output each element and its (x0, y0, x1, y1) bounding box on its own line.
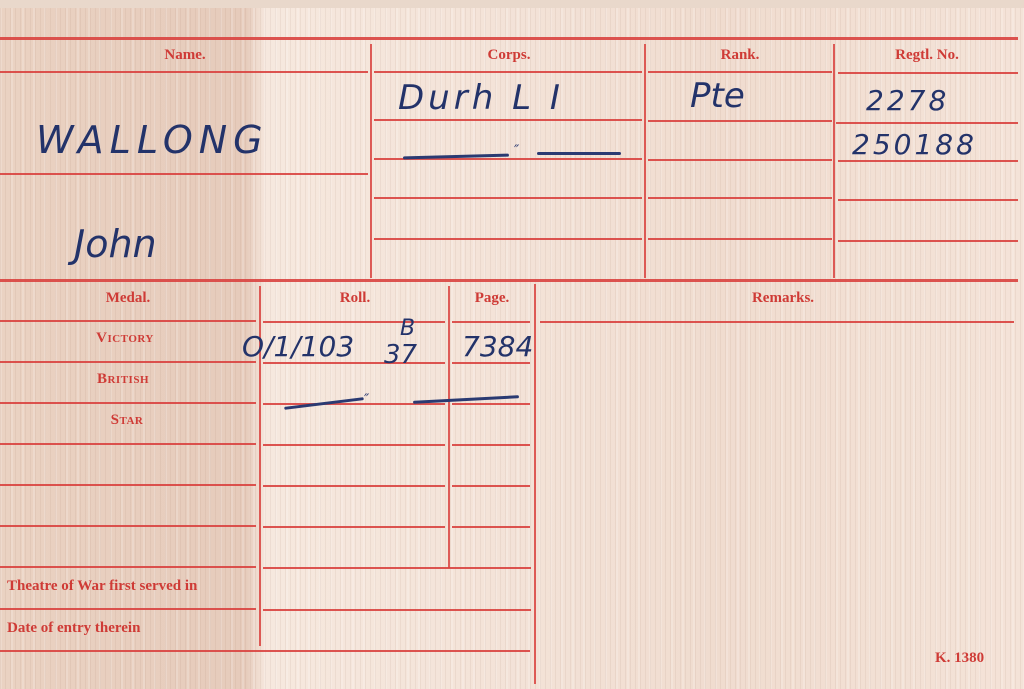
medal-row-line-4 (0, 484, 256, 486)
corps-ditto-dash-right (537, 152, 621, 155)
page-row-line-2 (452, 403, 530, 405)
page-row-line-5 (452, 526, 530, 528)
medal-british-label: British (97, 371, 149, 388)
corps-row-line-1 (374, 119, 642, 121)
medal-row-line-3 (0, 443, 256, 445)
date-of-entry-label: Date of entry therein (7, 620, 140, 637)
section-divider-line (0, 279, 1018, 282)
rank-row-line-4 (648, 238, 832, 240)
regtl-row-line-1 (836, 122, 1018, 124)
theatre-row-line (0, 608, 256, 610)
roll-header: Roll. (340, 290, 370, 307)
medal-row-line-2 (0, 402, 256, 404)
regtl-header-line (838, 72, 1018, 74)
name-row-line (0, 173, 368, 175)
roll-entry: O/1/103 (242, 330, 354, 363)
medal-header-line (0, 320, 256, 322)
roll-entry-subscript: 37 (384, 340, 417, 370)
page-header: Page. (475, 290, 510, 307)
roll-entry-superscript: B (400, 316, 415, 341)
roll-header-line (263, 321, 445, 323)
corps-entry: Durh L I (398, 78, 564, 118)
remarks-header: Remarks. (752, 290, 814, 307)
medal-header: Medal. (106, 290, 151, 307)
roll-row-line-7 (263, 609, 531, 611)
theatre-of-war-label: Theatre of War first served in (7, 578, 197, 595)
roll-ditto-mark: ″ (364, 392, 369, 408)
medal-row-line-5 (0, 525, 256, 527)
corps-row-line-4 (374, 238, 642, 240)
corps-header: Corps. (488, 47, 531, 64)
form-number: K. 1380 (935, 650, 984, 667)
remarks-header-line (540, 321, 1014, 323)
top-border-line (0, 37, 1018, 40)
roll-row-line-4 (263, 485, 445, 487)
rank-row-line-3 (648, 197, 832, 199)
regtl-row-line-3 (838, 199, 1018, 201)
regtl-no-entry-1: 2278 (866, 84, 949, 117)
rank-entry: Pte (690, 76, 745, 116)
page-remarks-divider (534, 284, 536, 684)
medal-row-line-6 (0, 566, 256, 568)
roll-page-divider (448, 286, 450, 568)
regtl-no-entry-2: 250188 (852, 128, 977, 161)
medal-victory-label: Victory (96, 330, 154, 347)
corps-ditto-mark: ″ (514, 143, 519, 159)
page-row-line-3 (452, 444, 530, 446)
page-row-line-4 (452, 485, 530, 487)
page-entry: 7384 (462, 330, 533, 363)
rank-header: Rank. (721, 47, 760, 64)
name-header: Name. (164, 47, 205, 64)
rank-row-line-2 (648, 159, 832, 161)
surname-entry: WALLONG (36, 118, 269, 162)
forename-entry: John (74, 222, 157, 266)
date-row-line (0, 650, 530, 652)
rank-regtl-divider (833, 44, 835, 278)
regtl-row-line-4 (838, 240, 1018, 242)
corps-header-line (374, 71, 642, 73)
roll-row-line-5 (263, 526, 445, 528)
name-header-line (0, 71, 368, 73)
corps-rank-divider (644, 44, 646, 278)
rank-header-line (648, 71, 832, 73)
rank-row-line-1 (648, 120, 832, 122)
name-corps-divider (370, 44, 372, 278)
medal-star-label: Star (111, 412, 144, 429)
roll-row-line-3 (263, 444, 445, 446)
corps-row-line-3 (374, 197, 642, 199)
medal-row-line-1 (0, 361, 256, 363)
medal-index-card: Name. Corps. Rank. Regtl. No. WALLONG Jo… (0, 0, 1024, 689)
regtl-no-header: Regtl. No. (895, 47, 959, 64)
card-top-edge (0, 0, 1024, 8)
page-header-line (452, 321, 530, 323)
roll-row-line-6 (263, 567, 531, 569)
